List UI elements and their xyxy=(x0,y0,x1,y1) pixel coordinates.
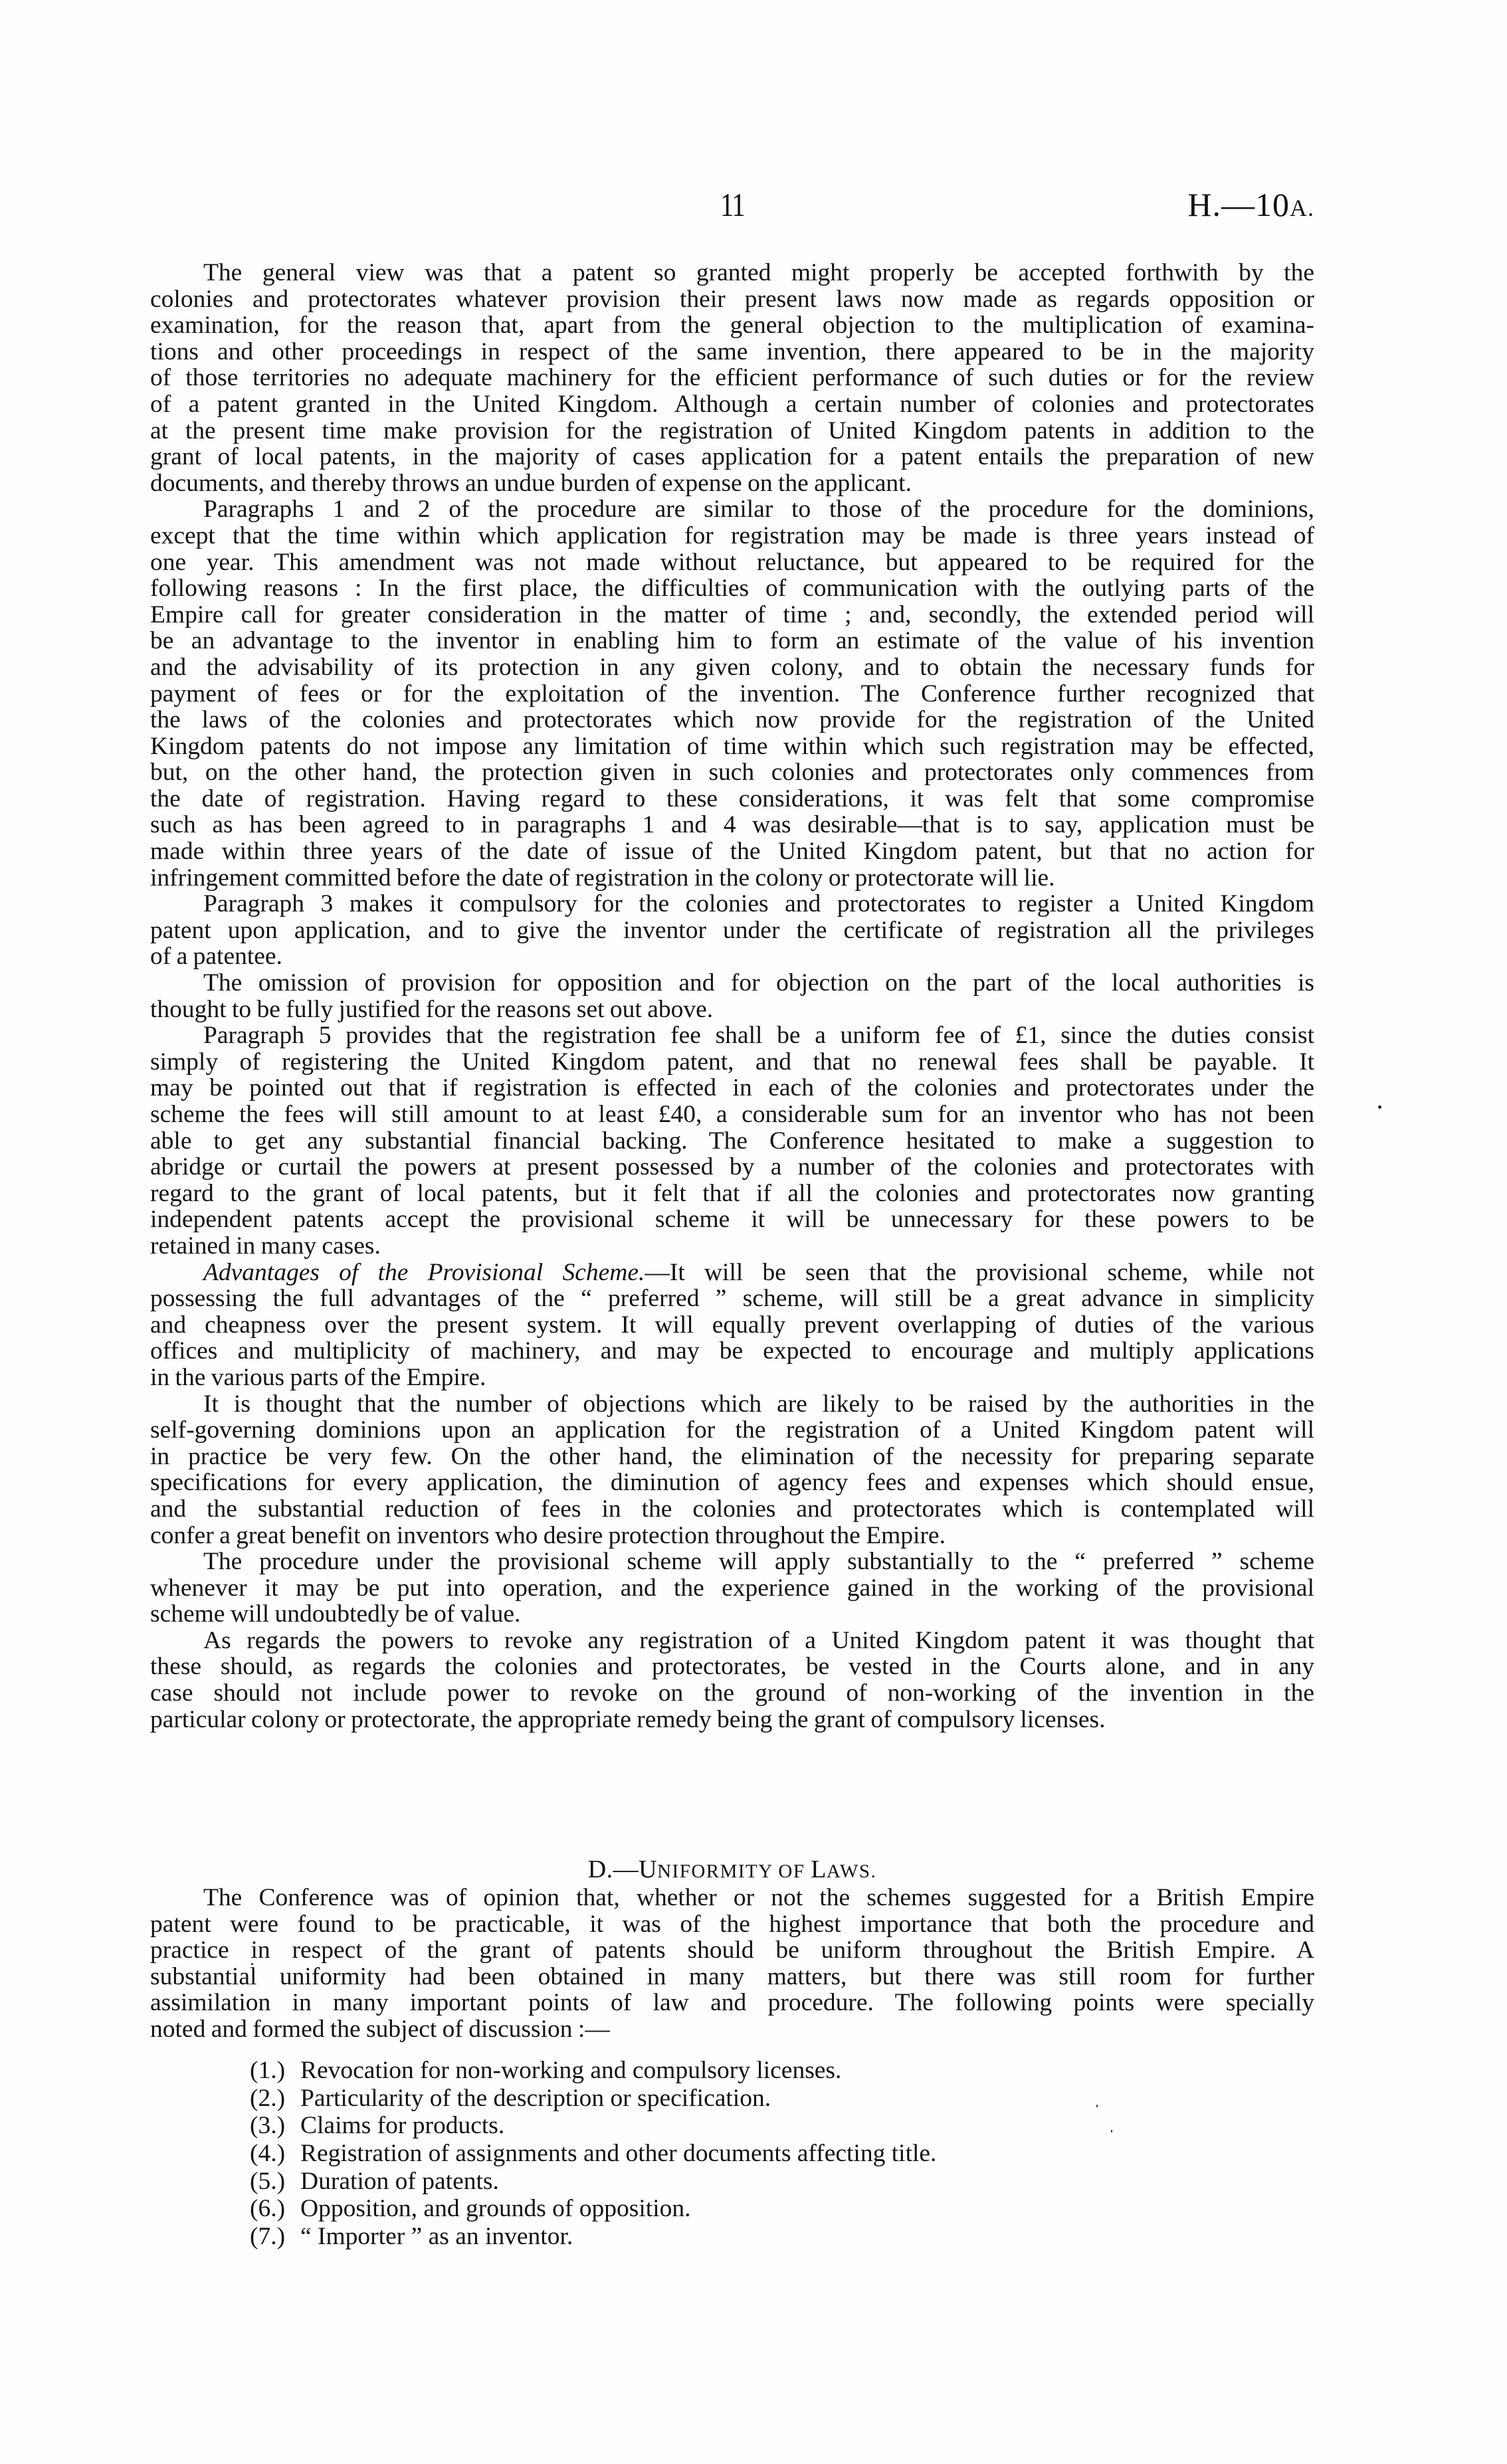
text-line-content: and the advisability of its protection i… xyxy=(150,654,1314,681)
text-line: specifications for every application, th… xyxy=(150,1469,1314,1496)
running-header: 11 H.—10A. xyxy=(150,188,1314,221)
text-line-content: The omission of provision for opposition… xyxy=(203,969,1314,996)
text-line-content: these should, as regards the colonies an… xyxy=(150,1653,1314,1680)
scan-speck xyxy=(1096,2105,1098,2107)
scan-speck xyxy=(251,1963,253,1965)
point-number: (4.) xyxy=(250,2140,300,2168)
point-text: Opposition, and grounds of opposition. xyxy=(300,2195,691,2222)
text-line: and the advisability of its protection i… xyxy=(150,654,1314,681)
text-line: but, on the other hand, the protection g… xyxy=(150,759,1314,786)
text-line-content: able to get any substantial financial ba… xyxy=(150,1127,1314,1155)
text-line: tions and other proceedings in respect o… xyxy=(150,339,1314,365)
text-line-content: one year. This amendment was not made wi… xyxy=(150,549,1314,576)
text-line: abridge or curtail the powers at present… xyxy=(150,1154,1314,1181)
text-line-content: scheme the fees will still amount to at … xyxy=(150,1101,1314,1128)
text-line-content: scheme will undoubtedly be of value. xyxy=(150,1600,520,1628)
text-line: regard to the grant of local patents, bu… xyxy=(150,1181,1314,1207)
text-line-content: regard to the grant of local patents, bu… xyxy=(150,1180,1314,1207)
text-line: possessing the full advantages of the “ … xyxy=(150,1285,1314,1312)
text-line-content: except that the time within which applic… xyxy=(150,522,1314,549)
heading-small-caps-2: AWS. xyxy=(827,1861,876,1882)
text-line-content: patent upon application, and to give the… xyxy=(150,917,1314,944)
text-line-content: confer a great benefit on inventors who … xyxy=(150,1522,946,1549)
text-line: assimilation in many important points of… xyxy=(150,1990,1314,2016)
text-line-content: As regards the powers to revoke any regi… xyxy=(203,1627,1314,1654)
paragraph-omission-of-provision: The omission of provision for opposition… xyxy=(150,970,1314,1022)
text-line-content: independent patents accept the provision… xyxy=(150,1206,1314,1233)
scan-speck xyxy=(1111,2130,1112,2132)
text-line-content: examination, for the reason that, apart … xyxy=(150,312,1314,339)
heading-prefix: D.—U xyxy=(588,1855,657,1883)
point-number: (5.) xyxy=(250,2168,300,2196)
text-line: infringement committed before the date o… xyxy=(150,865,1314,892)
text-line: documents, and thereby throws an undue b… xyxy=(150,470,1314,497)
text-line: of a patent granted in the United Kingdo… xyxy=(150,391,1314,418)
text-line-content: may be pointed out that if registration … xyxy=(150,1074,1314,1101)
text-line: The procedure under the provisional sche… xyxy=(150,1549,1314,1575)
text-line: able to get any substantial financial ba… xyxy=(150,1128,1314,1155)
paragraph-procedure-under-scheme: The procedure under the provisional sche… xyxy=(150,1549,1314,1628)
text-line-content: in the various parts of the Empire. xyxy=(150,1364,486,1391)
text-line: substantial uniformity had been obtained… xyxy=(150,1964,1314,1990)
text-line: Paragraph 5 provides that the registrati… xyxy=(150,1022,1314,1049)
text-line: and cheapness over the present system. I… xyxy=(150,1312,1314,1339)
text-line-content: in practice be very few. On the other ha… xyxy=(150,1443,1314,1470)
text-line: these should, as regards the colonies an… xyxy=(150,1654,1314,1680)
text-line: noted and formed the subject of discussi… xyxy=(150,2016,1314,2043)
text-line-content: simply of registering the United Kingdom… xyxy=(150,1048,1314,1076)
text-line: examination, for the reason that, apart … xyxy=(150,312,1314,339)
text-line-content: tions and other proceedings in respect o… xyxy=(150,338,1314,365)
text-line: payment of fees or for the exploitation … xyxy=(150,681,1314,708)
text-line: confer a great benefit on inventors who … xyxy=(150,1523,1314,1549)
text-line-content: self-governing dominions upon an applica… xyxy=(150,1416,1314,1444)
text-line: The Conference was of opinion that, whet… xyxy=(150,1885,1314,1911)
page-number: 11 xyxy=(255,188,1210,221)
paragraph-powers-to-revoke: As regards the powers to revoke any regi… xyxy=(150,1628,1314,1733)
point-number: (7.) xyxy=(250,2223,300,2251)
text-line-content: Empire call for greater consideration in… xyxy=(150,601,1314,628)
point-number: (3.) xyxy=(250,2112,300,2140)
paragraph-objections: It is thought that the number of objecti… xyxy=(150,1391,1314,1549)
text-line-content: particular colony or protectorate, the a… xyxy=(150,1706,1105,1733)
text-line: grant of local patents, in the majority … xyxy=(150,444,1314,470)
text-line-content: the laws of the colonies and protectorat… xyxy=(150,706,1314,733)
text-line: in practice be very few. On the other ha… xyxy=(150,1444,1314,1470)
text-line: As regards the powers to revoke any regi… xyxy=(150,1628,1314,1654)
text-line-content: possessing the full advantages of the “ … xyxy=(150,1285,1314,1312)
text-line: of a patentee. xyxy=(150,943,1314,970)
text-line: following reasons : In the first place, … xyxy=(150,575,1314,602)
text-line: It is thought that the number of objecti… xyxy=(150,1391,1314,1418)
text-line-content: retained in many cases. xyxy=(150,1232,381,1260)
discussion-points-list: (1.)Revocation for non-working and compu… xyxy=(250,2057,936,2251)
point-number: (2.) xyxy=(250,2085,300,2113)
text-line-content: the date of registration. Having regard … xyxy=(150,785,1314,812)
text-line-content: case should not include power to revoke … xyxy=(150,1679,1314,1707)
point-number: (6.) xyxy=(250,2195,300,2223)
text-line-content: made within three years of the date of i… xyxy=(150,838,1314,865)
text-line-content: whenever it may be put into operation, a… xyxy=(150,1574,1314,1602)
text-line: may be pointed out that if registration … xyxy=(150,1075,1314,1101)
paragraph-paragraph-3: Paragraph 3 makes it compulsory for the … xyxy=(150,891,1314,970)
text-line-content: such as has been agreed to in paragraphs… xyxy=(150,811,1314,838)
point-text: Claims for products. xyxy=(300,2112,504,2139)
text-line: and the substantial reduction of fees in… xyxy=(150,1496,1314,1523)
section-d-intro: The Conference was of opinion that, whet… xyxy=(150,1885,1314,2043)
text-line: independent patents accept the provision… xyxy=(150,1206,1314,1233)
text-line-content: of a patent granted in the United Kingdo… xyxy=(150,391,1314,418)
discussion-point: (7.)“ Importer ” as an inventor. xyxy=(250,2223,936,2251)
text-line-content: The general view was that a patent so gr… xyxy=(203,259,1314,286)
text-line-content: abridge or curtail the powers at present… xyxy=(150,1153,1314,1181)
text-line: simply of registering the United Kingdom… xyxy=(150,1049,1314,1076)
text-line: scheme will undoubtedly be of value. xyxy=(150,1601,1314,1628)
paragraph-paragraph-5: Paragraph 5 provides that the registrati… xyxy=(150,1022,1314,1259)
text-line: case should not include power to revoke … xyxy=(150,1680,1314,1707)
text-line: of those territories no adequate machine… xyxy=(150,365,1314,391)
discussion-point: (5.)Duration of patents. xyxy=(250,2168,936,2196)
point-text: Registration of assignments and other do… xyxy=(300,2140,936,2167)
text-line: self-governing dominions upon an applica… xyxy=(150,1417,1314,1444)
text-line: in the various parts of the Empire. xyxy=(150,1365,1314,1391)
text-line: practice in respect of the grant of pate… xyxy=(150,1937,1314,1964)
text-line: made within three years of the date of i… xyxy=(150,838,1314,865)
text-line-content: It is thought that the number of objecti… xyxy=(203,1390,1314,1418)
text-line-content: offices and multiplicity of machinery, a… xyxy=(150,1337,1314,1365)
point-text: Particularity of the description or spec… xyxy=(300,2085,771,2112)
italic-lead-in: Advantages of the Provisional Scheme. xyxy=(203,1259,645,1286)
text-line-content: colonies and protectorates whatever prov… xyxy=(150,286,1314,313)
text-line: Advantages of the Provisional Scheme.—It… xyxy=(150,1260,1314,1286)
text-line: Paragraphs 1 and 2 of the procedure are … xyxy=(150,496,1314,523)
text-line-content: be an advantage to the inventor in enabl… xyxy=(150,627,1314,654)
text-line: scheme the fees will still amount to at … xyxy=(150,1101,1314,1128)
text-line-content: of those territories no adequate machine… xyxy=(150,364,1314,391)
text-line-content: following reasons : In the first place, … xyxy=(150,575,1314,602)
text-line: offices and multiplicity of machinery, a… xyxy=(150,1338,1314,1365)
text-line: Paragraph 3 makes it compulsory for the … xyxy=(150,891,1314,917)
text-line: the laws of the colonies and protectorat… xyxy=(150,707,1314,733)
text-line: be an advantage to the inventor in enabl… xyxy=(150,628,1314,654)
discussion-point: (6.)Opposition, and grounds of oppositio… xyxy=(250,2195,936,2223)
point-text: “ Importer ” as an inventor. xyxy=(300,2223,573,2250)
document-page: 11 H.—10A. The general view was that a p… xyxy=(0,0,1507,2464)
text-line-content: infringement committed before the date o… xyxy=(150,864,1055,892)
text-line: Kingdom patents do not impose any limita… xyxy=(150,733,1314,760)
text-line-content: Paragraphs 1 and 2 of the procedure are … xyxy=(203,496,1314,523)
text-line: except that the time within which applic… xyxy=(150,523,1314,549)
point-text: Duration of patents. xyxy=(300,2168,499,2195)
text-line: The omission of provision for opposition… xyxy=(150,970,1314,996)
discussion-point: (4.)Registration of assignments and othe… xyxy=(250,2140,936,2168)
text-line: retained in many cases. xyxy=(150,1233,1314,1260)
text-line: Empire call for greater consideration in… xyxy=(150,602,1314,628)
document-reference-suffix: A. xyxy=(1290,195,1314,221)
text-line: patent upon application, and to give the… xyxy=(150,917,1314,944)
paragraph-advantages: Advantages of the Provisional Scheme.—It… xyxy=(150,1260,1314,1391)
text-line-content: payment of fees or for the exploitation … xyxy=(150,680,1314,708)
document-reference-main: H.—10 xyxy=(1187,186,1290,223)
text-line: particular colony or protectorate, the a… xyxy=(150,1707,1314,1733)
discussion-point: (1.)Revocation for non-working and compu… xyxy=(250,2057,936,2085)
text-line-content: Paragraph 3 makes it compulsory for the … xyxy=(203,890,1314,917)
text-line-content: Paragraph 5 provides that the registrati… xyxy=(203,1022,1314,1049)
paragraph-general-view: The general view was that a patent so gr… xyxy=(150,260,1314,496)
text-line-content: The procedure under the provisional sche… xyxy=(203,1548,1314,1575)
text-line-content: documents, and thereby throws an undue b… xyxy=(150,470,912,497)
text-line-content: of a patentee. xyxy=(150,943,282,970)
body-text: The general view was that a patent so gr… xyxy=(150,260,1314,1733)
heading-small-caps-1: NIFORMITY OF xyxy=(657,1861,811,1882)
text-line-content: at the present time make provision for t… xyxy=(150,417,1314,444)
text-line: thought to be fully justified for the re… xyxy=(150,996,1314,1023)
discussion-point: (2.)Particularity of the description or … xyxy=(250,2085,936,2113)
point-number: (1.) xyxy=(250,2057,300,2085)
point-text: Revocation for non-working and compulsor… xyxy=(300,2057,841,2084)
text-line-content: but, on the other hand, the protection g… xyxy=(150,759,1314,786)
text-line: patent were found to be practicable, it … xyxy=(150,1911,1314,1938)
text-line: one year. This amendment was not made wi… xyxy=(150,549,1314,576)
text-line: colonies and protectorates whatever prov… xyxy=(150,286,1314,313)
text-line-content: specifications for every application, th… xyxy=(150,1469,1314,1496)
document-reference: H.—10A. xyxy=(1187,188,1314,225)
text-line-content: and the substantial reduction of fees in… xyxy=(150,1495,1314,1523)
discussion-point: (3.)Claims for products. xyxy=(250,2112,936,2140)
scan-speck xyxy=(1378,1105,1381,1109)
text-line: whenever it may be put into operation, a… xyxy=(150,1575,1314,1602)
text-line-content: —It will be seen that the provisional sc… xyxy=(645,1259,1314,1286)
text-line: such as has been agreed to in paragraphs… xyxy=(150,812,1314,838)
paragraph-paragraphs-1-and-2: Paragraphs 1 and 2 of the procedure are … xyxy=(150,496,1314,891)
text-line-content: Kingdom patents do not impose any limita… xyxy=(150,733,1314,760)
text-line-content: thought to be fully justified for the re… xyxy=(150,996,713,1023)
text-line-content: and cheapness over the present system. I… xyxy=(150,1311,1314,1339)
section-heading-uniformity-of-laws: D.—UNIFORMITY OF LAWS. xyxy=(150,1855,1314,1886)
text-line: at the present time make provision for t… xyxy=(150,418,1314,444)
heading-cap-2: L xyxy=(811,1855,827,1883)
text-line: the date of registration. Having regard … xyxy=(150,786,1314,812)
text-line-content: grant of local patents, in the majority … xyxy=(150,443,1314,470)
text-line: The general view was that a patent so gr… xyxy=(150,260,1314,286)
